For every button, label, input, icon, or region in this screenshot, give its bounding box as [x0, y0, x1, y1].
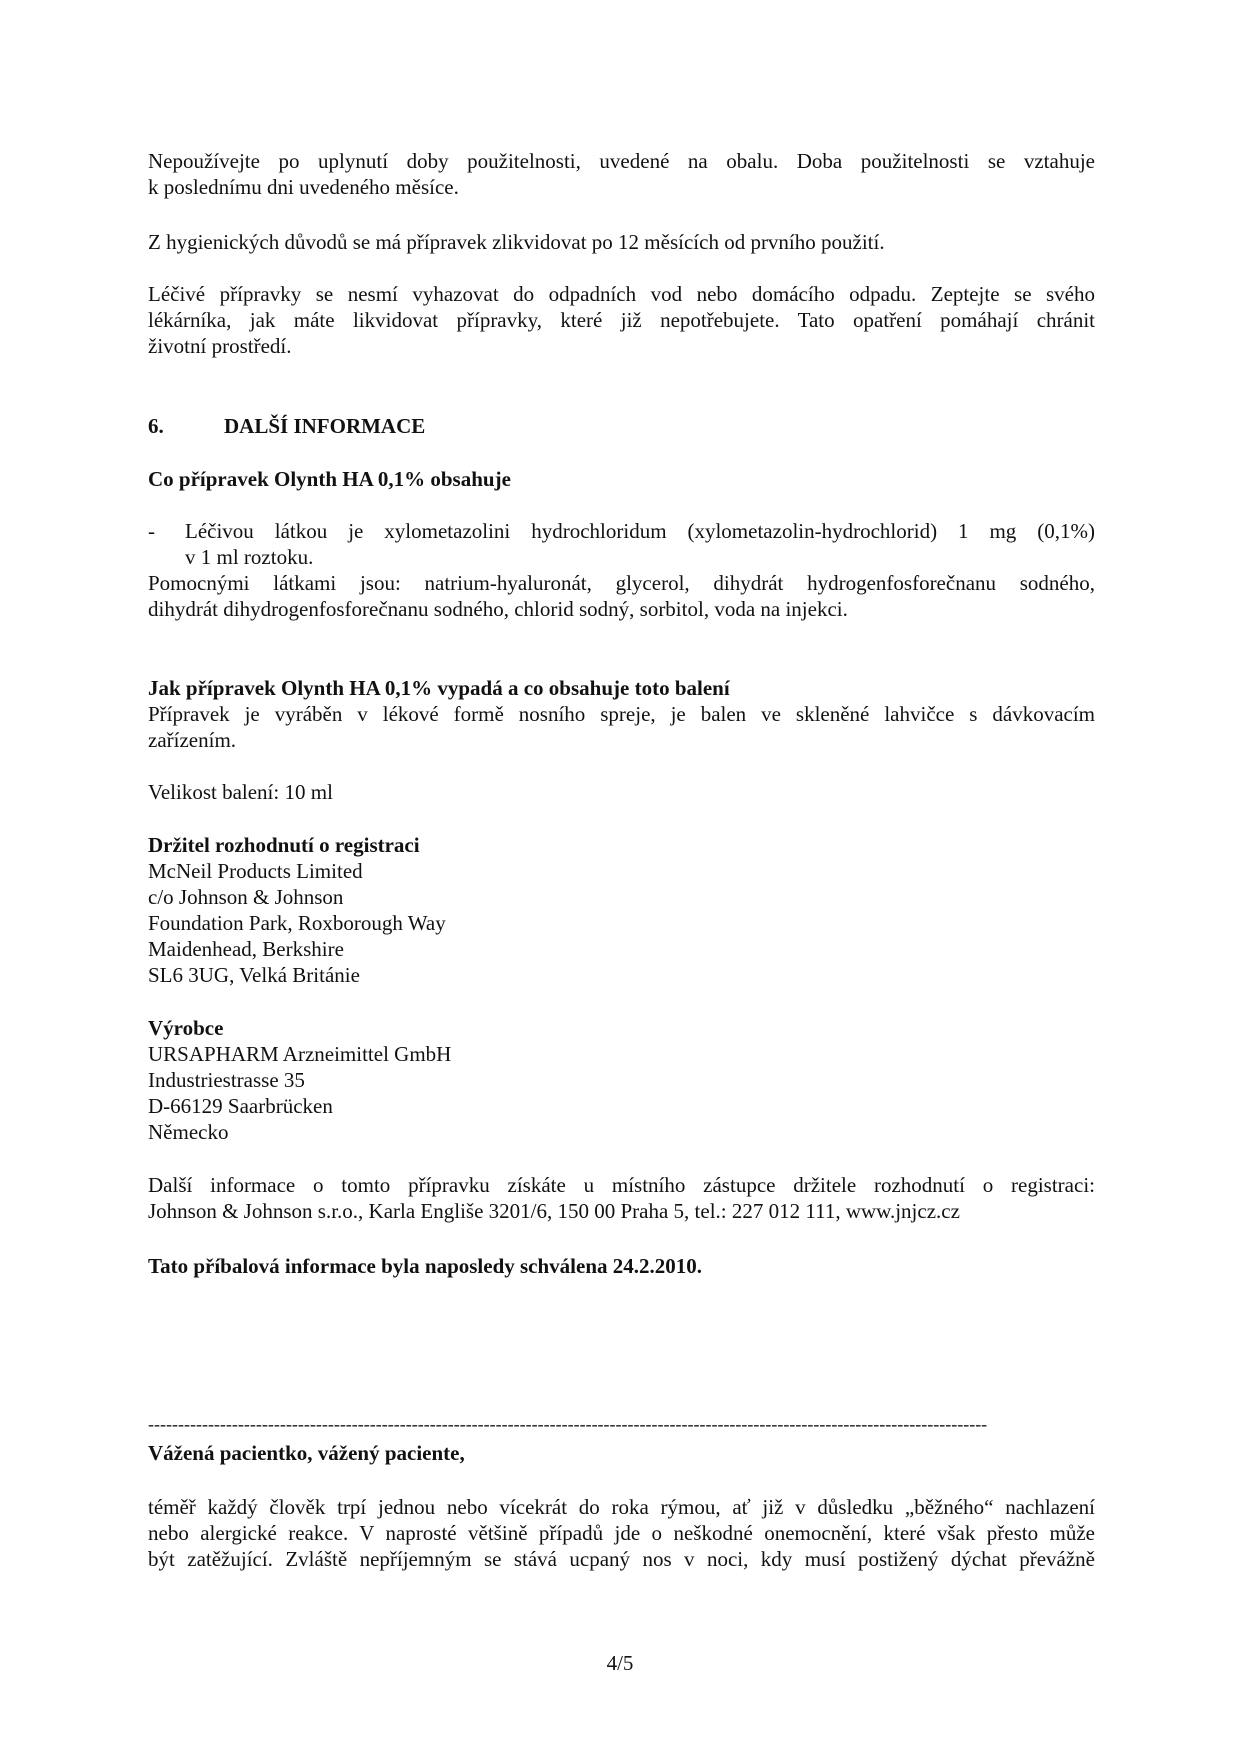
expiry-line-1: Nepoužívejte po uplynutí doby použitelno…	[148, 148, 1095, 174]
manufacturer-line: URSAPHARM Arzneimittel GmbH	[148, 1041, 1095, 1067]
manufacturer-line: Německo	[148, 1119, 1095, 1145]
active-line-2: v 1 ml roztoku.	[185, 544, 1095, 570]
disposal-paragraph: Léčivé přípravky se nesmí vyhazovat do o…	[148, 281, 1095, 359]
contact-line-2: Johnson & Johnson s.r.o., Karla Engliše …	[148, 1198, 1095, 1224]
pack-size: Velikost balení: 10 ml	[148, 779, 1095, 805]
excipients-line-1: Pomocnými látkami jsou: natrium-hyaluron…	[148, 570, 1095, 596]
hygiene-text: Z hygienických důvodů se má přípravek zl…	[148, 229, 1095, 255]
appearance-heading: Jak přípravek Olynth HA 0,1% vypadá a co…	[148, 675, 1095, 701]
letter-paragraph: téměř každý člověk trpí jednou nebo více…	[148, 1494, 1095, 1572]
bullet-dash: -	[148, 518, 155, 544]
excipients-paragraph: Pomocnými látkami jsou: natrium-hyaluron…	[148, 570, 1095, 622]
active-line-1: Léčivou látkou je xylometazolini hydroch…	[185, 518, 1095, 544]
contents-heading-text: Co přípravek Olynth HA 0,1% obsahuje	[148, 466, 1095, 492]
contents-heading: Co přípravek Olynth HA 0,1% obsahuje	[148, 466, 1095, 492]
contact-line-1: Další informace o tomto přípravku získát…	[148, 1172, 1095, 1198]
hygiene-paragraph: Z hygienických důvodů se má přípravek zl…	[148, 229, 1095, 255]
approval-statement: Tato příbalová informace byla naposledy …	[148, 1253, 1095, 1279]
disposal-line-3: životní prostředí.	[148, 333, 1095, 359]
holder-line: c/o Johnson & Johnson	[148, 884, 1095, 910]
manufacturer-line: Industriestrasse 35	[148, 1067, 1095, 1093]
dashed-separator: ----------------------------------------…	[148, 1414, 1088, 1434]
approval-text: Tato příbalová informace byla naposledy …	[148, 1253, 1095, 1279]
holder-line: SL6 3UG, Velká Británie	[148, 962, 1095, 988]
manufacturer-block: Výrobce URSAPHARM Arzneimittel GmbH Indu…	[148, 1015, 1095, 1145]
expiry-paragraph: Nepoužívejte po uplynutí doby použitelno…	[148, 148, 1095, 200]
section-number: 6.	[148, 413, 164, 439]
pack-size-text: Velikost balení: 10 ml	[148, 779, 1095, 805]
holder-block: Držitel rozhodnutí o registraci McNeil P…	[148, 832, 1095, 988]
letter-line-2: nebo alergické reakce. V naprosté většin…	[148, 1520, 1095, 1546]
letter-salutation: Vážená pacientko, vážený paciente,	[148, 1440, 1095, 1466]
letter-line-1: téměř každý člověk trpí jednou nebo více…	[148, 1494, 1095, 1520]
salutation-text: Vážená pacientko, vážený paciente,	[148, 1440, 1095, 1466]
appearance-line-2: zařízením.	[148, 727, 1095, 753]
document-page: Nepoužívejte po uplynutí doby použitelno…	[0, 0, 1240, 1754]
holder-line: McNeil Products Limited	[148, 858, 1095, 884]
holder-line: Foundation Park, Roxborough Way	[148, 910, 1095, 936]
disposal-line-2: lékárníka, jak máte likvidovat přípravky…	[148, 307, 1095, 333]
excipients-line-2: dihydrát dihydrogenfosforečnanu sodného,…	[148, 596, 1095, 622]
holder-heading: Držitel rozhodnutí o registraci	[148, 832, 1095, 858]
appearance-paragraph: Jak přípravek Olynth HA 0,1% vypadá a co…	[148, 675, 1095, 753]
page-number: 4/5	[0, 1650, 1240, 1676]
letter-line-3: být zatěžující. Zvláště nepříjemným se s…	[148, 1546, 1095, 1572]
appearance-line-1: Přípravek je vyráběn v lékové formě nosn…	[148, 701, 1095, 727]
active-substance: Léčivou látkou je xylometazolini hydroch…	[185, 518, 1095, 570]
disposal-line-1: Léčivé přípravky se nesmí vyhazovat do o…	[148, 281, 1095, 307]
manufacturer-line: D-66129 Saarbrücken	[148, 1093, 1095, 1119]
manufacturer-heading: Výrobce	[148, 1015, 1095, 1041]
holder-line: Maidenhead, Berkshire	[148, 936, 1095, 962]
contact-paragraph: Další informace o tomto přípravku získát…	[148, 1172, 1095, 1224]
section-title: DALŠÍ INFORMACE	[224, 413, 425, 439]
expiry-line-2: k poslednímu dni uvedeného měsíce.	[148, 174, 1095, 200]
